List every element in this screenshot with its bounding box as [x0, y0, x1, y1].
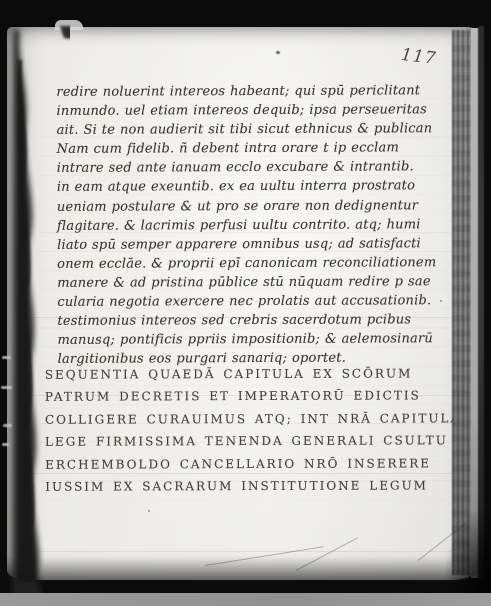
speck [148, 510, 150, 512]
capitals-text-block: SEQUENTIA QUAEDĀ CAPITULA EX SCŌRUM PATR… [45, 362, 465, 498]
ink-dot [276, 51, 280, 54]
page-fore-edge [452, 30, 471, 575]
capital-text-line: ERCHEMBOLDO CANCELLARIO NRŌ INSERERE [45, 452, 465, 476]
manuscript-text-line: manere & ad pristina pūblice stū nūquam … [57, 272, 457, 293]
capital-text-line: IUSSIM EX SACRARUM INSTITUTIONE LEGUM [45, 474, 465, 498]
manuscript-text-line: liato spū semper apparere omnibus usq; a… [57, 234, 457, 255]
bleedthrough-mark [1, 386, 12, 389]
manuscript-text-line: in eam atque exeuntib. ex ea uultu inter… [57, 177, 457, 198]
bleedthrough-mark [2, 443, 9, 446]
page-edge-shadow [478, 26, 484, 582]
capital-text-line: LEGE FIRMISSIMA TENENDA GENERALI CSULTU [45, 429, 465, 453]
manuscript-photograph: 117 redire noluerint intereos habeant; q… [0, 0, 491, 606]
bleedthrough-mark [2, 356, 11, 359]
manuscript-text-line: testimonius intereos sed crebris sacerdo… [57, 310, 457, 331]
speck [440, 300, 442, 302]
main-text-block: redire noluerint intereos habeant; qui s… [56, 81, 457, 369]
capital-text-line: COLLIGERE CURAUIMUS ATQ; INT NRĀ CAPITUL… [45, 407, 465, 431]
page-bottom-shadow [7, 556, 481, 582]
speck [340, 488, 342, 490]
manuscript-text-line: intrare sed ante ianuam ecclo excubare &… [57, 158, 457, 179]
manuscript-text-line: Nam cum fidelib. ñ debent intra orare t … [57, 138, 457, 159]
capital-text-line: SEQUENTIA QUAEDĀ CAPITULA EX SCŌRUM [45, 362, 465, 386]
manuscript-text-line: ait. Si te non audierit sit tibi sicut e… [57, 119, 457, 140]
manuscript-text-line: cularia negotia exercere nec prolatis au… [57, 291, 457, 312]
manuscript-text-line: manusq; pontificis ppriis impositionib; … [57, 329, 457, 350]
bleedthrough-mark [3, 424, 12, 427]
capital-text-line: PATRUM DECRETIS ET IMPERATORŪ EDICTIS [45, 385, 465, 409]
manuscript-text-line: flagitare. & lacrimis perfusi uultu cont… [57, 215, 457, 236]
manuscript-text-line: ueniam postulare & ut pro se orare non d… [57, 196, 457, 217]
folio-number: 117 [400, 45, 438, 69]
manuscript-text-line: redire noluerint intereos habeant; qui s… [56, 81, 456, 102]
manuscript-text-line: onem ecclāe. & proprii epī canonicam rec… [57, 253, 457, 274]
photo-bottom-strip [0, 593, 491, 606]
manuscript-text-line: inmundo. uel etiam intereos dequib; ipsa… [56, 100, 456, 121]
